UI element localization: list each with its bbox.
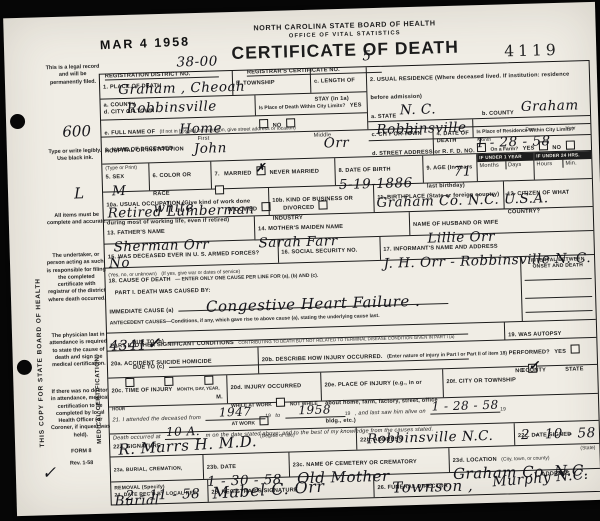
interval-label: INTERVAL BETWEEN ONSET AND DEATH bbox=[524, 256, 591, 270]
field-place-of-injury: 20e. PLACE OF INJURY (e.g., in or about … bbox=[320, 369, 443, 400]
field-time-of-injury: 20c. TIME OF INJURY MONTH, DAY, YEAR, HO… bbox=[108, 375, 227, 406]
sex-label: 5. SEX bbox=[106, 174, 125, 181]
physician-address-value: Robbinsville N.C. bbox=[367, 428, 494, 448]
injury-county-label: COUNTY bbox=[521, 367, 546, 374]
death-limits-yes-label: YES bbox=[350, 102, 362, 108]
spouse-label: NAME OF HUSBAND OR WIFE bbox=[413, 220, 499, 228]
field-township: b. TOWNSHIP bbox=[232, 69, 311, 95]
date-signed-value: 2 - 10 - 58 bbox=[521, 425, 596, 443]
certificate-form: 1. PLACE OF DEATH a. COUNTY Graham , Che… bbox=[99, 60, 600, 506]
year-prefix-1: 19 bbox=[265, 413, 271, 419]
margin-note-legal: This is a legal record and will be perma… bbox=[42, 64, 103, 88]
field-color-race: 6. COLOR OR RACE white bbox=[148, 162, 211, 191]
residence-state-label: a. STATE bbox=[371, 113, 396, 120]
interval-column: INTERVAL BETWEEN ONSET AND DEATH bbox=[520, 255, 596, 321]
first-name-value: John bbox=[194, 140, 227, 157]
received-date-stamp: MAR 4 1958 bbox=[100, 35, 191, 53]
degree-title-note: (Degree or title) bbox=[260, 432, 295, 439]
residence-state-value: N. C. bbox=[400, 101, 437, 118]
injury-state-label: STATE bbox=[565, 366, 584, 373]
funeral-director-value: Townson , bbox=[392, 476, 473, 496]
field-birthplace: 11. BIRTHPLACE (State or foreign country… bbox=[373, 181, 504, 212]
margin-form-number: FORM 8 bbox=[51, 448, 111, 457]
father-label: 13. FATHER'S NAME bbox=[107, 229, 165, 237]
time-of-injury-label: 20c. TIME OF INJURY bbox=[112, 387, 173, 395]
section-place-of-death: 1. PLACE OF DEATH a. COUNTY Graham , Che… bbox=[100, 67, 368, 136]
last-seen-value: 1 - 28 - 58 bbox=[430, 398, 500, 415]
field-burial-type: 23a. BURIAL, CREMATION, REMOVAL (Specify… bbox=[110, 455, 203, 482]
months-label: Months bbox=[477, 161, 506, 170]
attended-to-value: 1958 bbox=[285, 402, 345, 419]
margin-note-complete: All items must be complete and accurate. bbox=[47, 212, 107, 228]
field-physician-address: 22b. ADDRESS Robbinsville N.C. bbox=[356, 423, 515, 449]
field-registrar-signature: 25. REGISTRAR'S SIGNATURE Mabel C. Orr bbox=[207, 475, 374, 502]
mother-label: 14. MOTHER'S MAIDEN NAME bbox=[258, 224, 343, 232]
field-age-under-24hr: IF UNDER 24 HRS. Hours Min. bbox=[533, 151, 592, 180]
field-residence-county: b. COUNTY Graham bbox=[479, 99, 590, 118]
describe-injury-note: (Enter nature of injury in Part I or Par… bbox=[387, 350, 507, 359]
margin-checkmark: ✓ bbox=[42, 463, 57, 483]
attended-text-3: , and last saw him alive on bbox=[355, 409, 426, 417]
registrar-signature-value: Mabel C. Orr bbox=[212, 477, 325, 503]
field-residence-state: a. STATE N. C. bbox=[368, 102, 479, 121]
name-title: 3. NAME OF DECEASED bbox=[105, 146, 174, 154]
field-mother-name: 14. MOTHER'S MAIDEN NAME Sarah Farr bbox=[254, 212, 410, 239]
never-married-label: NEVER MARRIED bbox=[269, 169, 319, 176]
punch-hole-top bbox=[10, 114, 25, 129]
field-length-of-stay: c. LENGTH OF STAY (in 1a) bbox=[310, 67, 367, 93]
death-city-limits-label: Is Place of Death Within City Limits? bbox=[259, 103, 346, 111]
attended-text-2: to bbox=[275, 413, 280, 419]
registration-district-value: 38-00 bbox=[176, 53, 218, 70]
age-value: 71 bbox=[453, 163, 472, 180]
side-copy-label: THIS COPY FOR STATE BOARD OF HEALTH bbox=[32, 187, 46, 447]
residence-county-value: Graham bbox=[521, 97, 579, 115]
section-cause-of-death: 18. CAUSE OF DEATH — ENTER ONLY ONE CAUS… bbox=[105, 254, 596, 351]
punch-hole-bottom bbox=[17, 360, 32, 375]
township-label: b. TOWNSHIP bbox=[236, 80, 275, 87]
date-of-death-value: 1 - 28 - 58 bbox=[476, 133, 551, 151]
time-meridiem-label: M. bbox=[216, 395, 223, 402]
field-ssn: 16. SOCIAL SECURITY NO. bbox=[277, 237, 380, 263]
date-of-death-label: 4. DATE OF DEATH bbox=[436, 131, 472, 145]
field-county: 1. PLACE OF DEATH a. COUNTY Graham , Che… bbox=[100, 71, 233, 99]
field-father-name: 13. FATHER'S NAME Sherman Orr bbox=[104, 216, 255, 243]
armed-forces-label: 15. WAS DECEASED EVER IN U. S. ARMED FOR… bbox=[108, 250, 260, 260]
field-age-under-1yr: IF UNDER 1 YEAR Months Days bbox=[476, 153, 534, 182]
burial-date-label: 23b. DATE bbox=[207, 464, 237, 471]
date-received-value: 2 - 11 - 58 bbox=[125, 486, 200, 504]
attended-text-1: 21. I attended the deceased from bbox=[112, 415, 201, 423]
section-usual-residence: 2. USUAL RESIDENCE (Where deceased lived… bbox=[366, 61, 591, 129]
city-of-death-value: Robbinsville bbox=[127, 98, 218, 117]
immediate-cause-label: IMMEDIATE CAUSE (a) bbox=[109, 307, 173, 315]
death-certificate-scan: MAR 4 1958 NORTH CAROLINA STATE BOARD OF… bbox=[3, 2, 600, 516]
field-date-of-death: 4. DATE OF DEATH Month Day Year 1 - 28 -… bbox=[432, 124, 591, 154]
margin-scribble-l: L bbox=[74, 184, 84, 202]
field-date-received: 24. DATE REC'D BY LOCAL REG. 2 - 11 - 58 bbox=[111, 480, 208, 505]
certificate-serial-number: 4119 bbox=[504, 41, 560, 61]
field-sex: 5. SEX M bbox=[102, 163, 149, 191]
year-prefix-3: 19 bbox=[500, 406, 506, 412]
injury-city-label: 20f. CITY OR TOWNSHIP bbox=[446, 377, 516, 385]
field-date-of-birth: 8. DATE OF BIRTH 5-19-1886 bbox=[334, 156, 423, 185]
margin-scribble-600: 600 bbox=[62, 122, 91, 141]
year-prefix-2: 19 bbox=[345, 411, 351, 417]
usual-residence-title: 2. USUAL RESIDENCE (Where deceased lived… bbox=[370, 72, 570, 102]
informant-label: 17. INFORMANT'S NAME AND ADDRESS bbox=[383, 244, 498, 253]
field-occupation: 10a. USUAL OCCUPATION (Give kind of work… bbox=[103, 188, 269, 220]
cause-title-2: — ENTER ONLY ONE CAUSE PER LINE FOR (a),… bbox=[175, 273, 318, 283]
married-label: MARRIED bbox=[224, 170, 252, 177]
field-date-signed: 22c. DATE SIGNED 2 - 10 - 58 bbox=[514, 421, 600, 445]
accident-label: 20a. ACCIDENT SUICIDE HOMICIDE bbox=[111, 359, 212, 368]
min-label: Min. bbox=[563, 158, 591, 167]
days-label: Days bbox=[506, 160, 534, 169]
checkbox-married: ✗ bbox=[256, 166, 265, 175]
residence-county-label: b. COUNTY bbox=[482, 110, 514, 117]
attended-from-value: 1947 bbox=[205, 404, 265, 421]
margin-note-ink: Type or write legibly. Use black ink. bbox=[45, 148, 105, 164]
field-marital-status: 7. MARRIED ✗ NEVER MARRIED WIDOWED DIVOR… bbox=[210, 158, 335, 188]
dob-label: 8. DATE OF BIRTH bbox=[338, 167, 390, 174]
burial-location-label: 23d. LOCATION bbox=[453, 457, 497, 464]
margin-form-revision: Rev. 1-58 bbox=[52, 460, 112, 469]
dod-year-label: Year bbox=[565, 125, 575, 131]
cause-title: 18. CAUSE OF DEATH bbox=[108, 277, 170, 285]
describe-injury-label: 20b. DESCRIBE HOW INJURY OCCURRED. bbox=[262, 354, 383, 363]
ssn-label: 16. SOCIAL SECURITY NO. bbox=[281, 248, 357, 256]
field-autopsy: 19. WAS AUTOPSY PERFORMED? YES NO ✓ bbox=[504, 320, 596, 340]
field-burial-date: 23b. DATE 1 - 30 - 58 bbox=[202, 453, 289, 479]
field-cemetery-name: 23c. NAME OF CEMETERY OR CREMATORY Old M… bbox=[288, 448, 449, 476]
surname-value: Orr bbox=[324, 135, 350, 152]
field-industry: 10b. KIND OF BUSINESS OR INDUSTRY bbox=[268, 185, 374, 215]
injury-occurred-label: 20d. INJURY OCCURRED bbox=[230, 383, 301, 391]
field-injury-occurred: 20d. INJURY OCCURRED WHILE AT WORK NOT W… bbox=[226, 373, 321, 404]
married-checkmark: ✗ bbox=[256, 161, 266, 174]
field-citizen: 12. CITIZEN OF WHAT COUNTRY? bbox=[503, 179, 593, 208]
burial-location-state-note: (State) bbox=[580, 445, 595, 451]
field-injury-city-county-state: 20f. CITY OR TOWNSHIP COUNTY STATE bbox=[442, 365, 598, 397]
last-name-col-label: Last bbox=[401, 130, 413, 137]
field-age: 9. AGE (In years last birthday) 71 bbox=[422, 154, 477, 182]
field-armed-forces: 15. WAS DECEASED EVER IN U. S. ARMED FOR… bbox=[105, 240, 278, 268]
registrar-certificate-value: 5 bbox=[362, 48, 372, 64]
field-accident-suicide-homicide: 20a. ACCIDENT SUICIDE HOMICIDE bbox=[108, 347, 259, 377]
hours-label: Hours bbox=[534, 159, 563, 169]
dod-day-label: Day bbox=[525, 127, 534, 133]
